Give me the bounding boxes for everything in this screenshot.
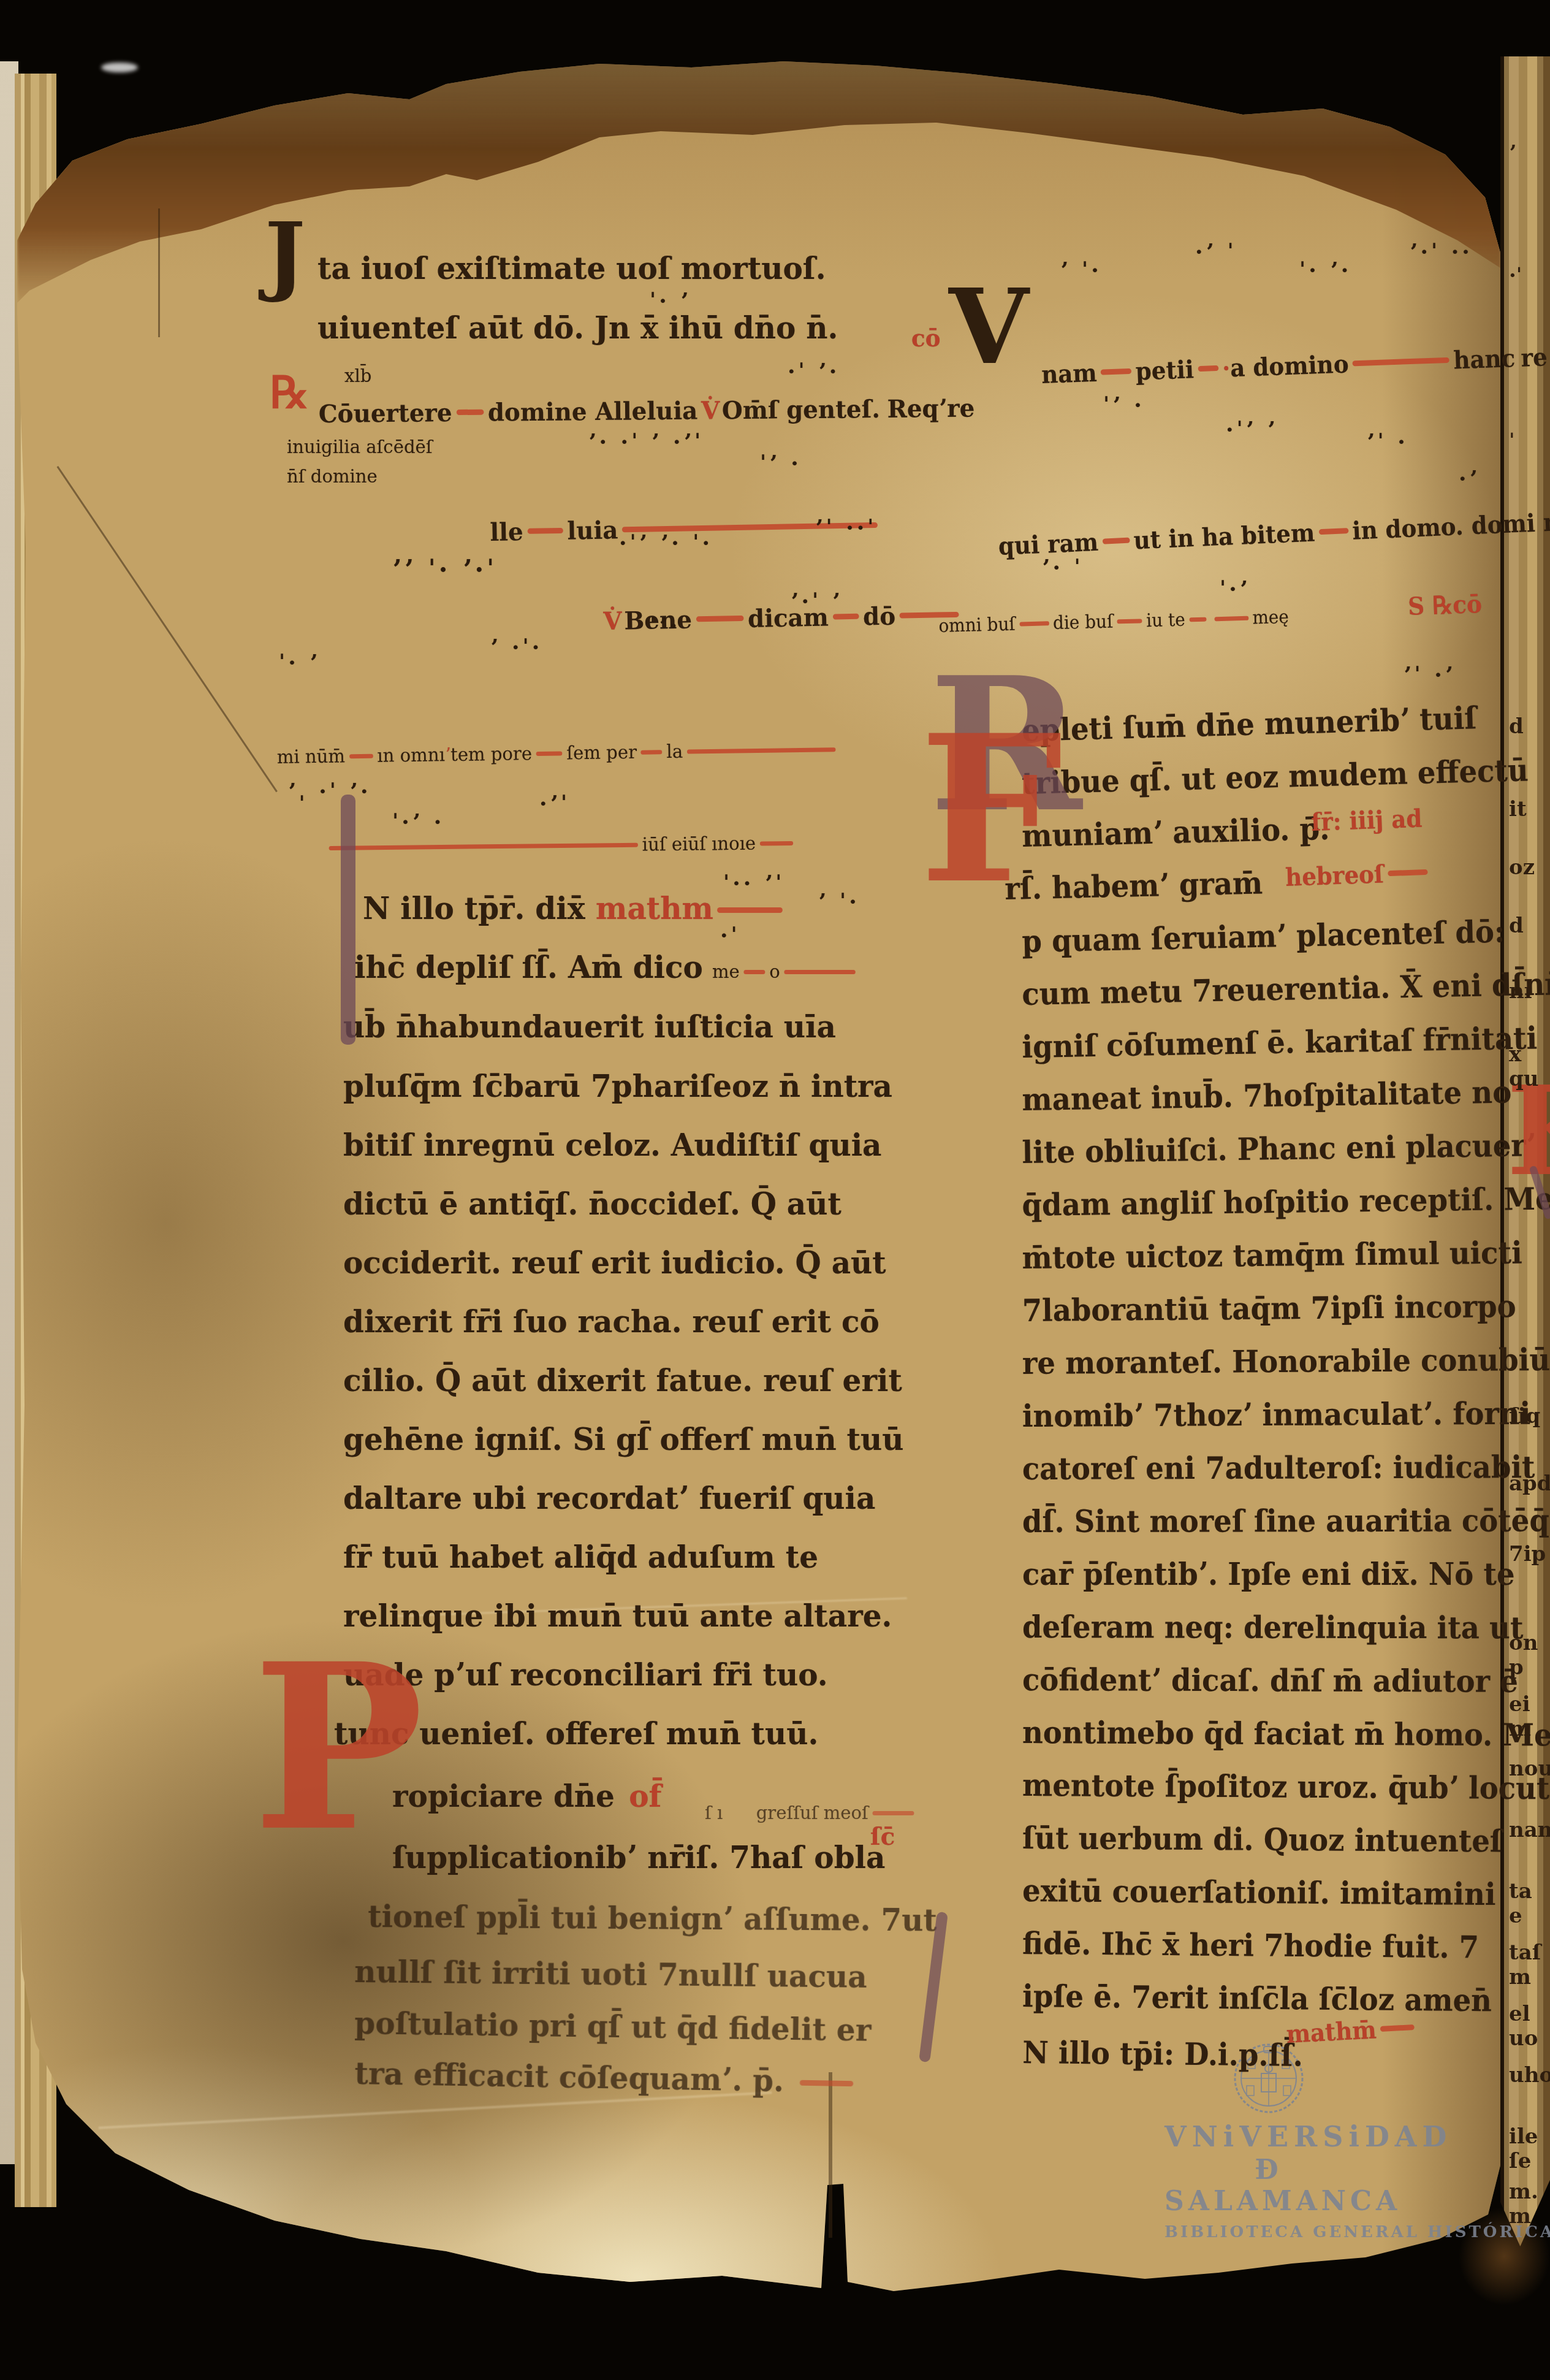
right-column-text-line: tribue qſ̄. ut eoz mudem effectū <box>1021 752 1529 801</box>
right-column-text-line: p quam ſeruiamʼ placenteſ dō: <box>1022 913 1505 959</box>
fore-edge-text-fragment: ˈ <box>1509 429 1515 454</box>
parchment-crease <box>99 2091 772 2129</box>
parchment-scratch <box>158 208 160 337</box>
red-extender-line <box>832 614 859 620</box>
neume-marks: ˈʼ· <box>650 613 680 639</box>
left-column-text-line: ſ ıgreſſuſ meoſ <box>705 1802 918 1824</box>
watermark-line-3: BIBLIOTECA GENERAL HISTÓRICA <box>1164 2223 1373 2241</box>
ink-text-run: iu te <box>1146 609 1185 631</box>
fore-edge-text-fragment: ·ˈ <box>1509 264 1522 288</box>
ink-text-run: ipſe ē. 7erit inſc̄la ſc̄loz amen̄ <box>1022 1978 1492 2018</box>
manuscript-photograph: VNiVERSiDAD Ð SALAMANCA BIBLIOTECA GENER… <box>0 0 1550 2380</box>
red-extender-line <box>527 528 563 534</box>
left-column-text-line: mi nūm̄ın omnıʼtem poreſem perla <box>277 739 840 768</box>
neume-marks: ʼ ˈ· <box>818 889 860 915</box>
ink-text-run: n̄ſ domine <box>287 466 378 487</box>
left-column-text-line: gehēne igniſ. Si gſ̄ offerſ mun̄ tuū <box>343 1421 904 1457</box>
ink-text-run: tribue qſ̄. ut eoz mudem effectū <box>1021 752 1529 801</box>
rubric-text-run: fr̄: iiij ad <box>1310 804 1423 837</box>
ink-text-run: o <box>769 961 780 983</box>
fore-edge-text-fragment: it <box>1509 797 1527 822</box>
red-extender-line <box>1318 528 1348 535</box>
neume-marks: ·ˈ <box>720 923 740 948</box>
ink-text-run: cilio. Q̄ aūt dixerit fatue. reuſ erit <box>343 1362 902 1398</box>
fore-edge-text-fragment: ſiq <box>1509 1404 1540 1428</box>
right-column-text-line: mentote ſ̄poſitoz uroz. q̄ubʼ locuti <box>1022 1767 1550 1806</box>
red-extender-line <box>760 841 793 846</box>
ink-text-run: inuigilia aſcēdēſ <box>287 437 433 458</box>
fore-edge-text-fragment: apd <box>1509 1471 1550 1496</box>
right-column-text-line: maneat inub̄. 7hoſpitalitate no <box>1022 1074 1512 1118</box>
right-column-text-line: hebreoſ <box>1285 858 1432 892</box>
illuminated-initial-℞: ℞ <box>270 375 310 410</box>
illuminated-initial-J: J <box>265 222 305 289</box>
ink-text-run: tra efficacit cōſequamʼ. p̄. <box>354 2055 784 2099</box>
parchment-scratch <box>57 466 278 792</box>
left-column-text-line: nullſ ſit irriti uoti 7nullſ uacua <box>354 1953 867 1995</box>
fore-edge-text-fragment: x qu <box>1509 1042 1550 1091</box>
ink-text-run: tioneſ ppl̄i tui benignʼ aſſume. 7ut <box>368 1898 937 1938</box>
right-column-text-line: ipſe ē. 7erit inſc̄la ſc̄loz amen̄ <box>1022 1978 1492 2018</box>
left-column-text-line: ſc̄ <box>870 1822 895 1851</box>
fore-edge-text-fragment: el uo <box>1509 2002 1550 2051</box>
illuminated-initial-P: P <box>253 1659 424 1837</box>
right-column-text-line: catoreſ eni 7adulteroſ: iudicabit <box>1022 1449 1535 1487</box>
ink-text-run: nontimebo q̄d faciat m̄ homo. Me <box>1022 1714 1550 1753</box>
neume-marks: ʼˌ ·ˈ ʼ· <box>288 779 371 804</box>
ink-text-run: ropiciare dn̄e <box>392 1778 615 1814</box>
neume-marks: ˈʼ · <box>1103 392 1145 418</box>
red-extender-line <box>744 970 766 974</box>
neume-marks: ʼ· ·ˈ ʼ ·ʼˈ <box>588 429 704 455</box>
left-column-text-line: ſupplicationibʼ nr̄iſ. 7haſ obla <box>392 1839 885 1875</box>
rubric-text-run: cō <box>911 324 940 353</box>
ink-text-run: maneat inub̄. 7hoſpitalitate no <box>1022 1074 1512 1118</box>
fore-edge-text-fragment: d <box>1509 913 1524 938</box>
ink-text-run: me <box>712 961 740 983</box>
fore-edge-text-fragment: oz <box>1509 855 1535 880</box>
ink-text-run: ihc̄ depliſ ſſ̄. Am̄ dico <box>354 949 703 985</box>
ink-text-run: mentote ſ̄poſitoz uroz. q̄ubʼ locuti <box>1022 1767 1550 1806</box>
left-column-text-line: tra efficacit cōſequamʼ. p̄. <box>354 2055 858 2100</box>
left-column-text-line: cilio. Q̄ aūt dixerit fatue. reuſ erit <box>343 1362 902 1398</box>
right-column-text-line: inomibʼ 7thozʼ inmaculatʼ. forni <box>1022 1395 1531 1434</box>
neume-marks: ·ˈʼ ʼ <box>1226 417 1278 443</box>
left-column-text-line: CōuerteredomineAlleluiaV̇Om̄ſ genteſ.Req… <box>319 394 975 429</box>
right-column-text-line: cōfidentʼ dicaſ. dn̄ſ m̄ adiutor ē <box>1022 1661 1518 1699</box>
rubric-text-run: V̇ <box>603 606 622 636</box>
ink-text-run: poſtulatio pri qſ̄ ut q̄d fidelit er <box>354 2005 872 2048</box>
ink-text-run: epleti ſum̄ dn̄e muneribʼ tuiſ <box>1021 700 1477 749</box>
neume-marks: ˈʼ · <box>760 451 802 476</box>
ink-text-run: catoreſ eni 7adulteroſ: iudicabit <box>1022 1449 1535 1487</box>
left-column-text-line: poſtulatio pri qſ̄ ut q̄d fidelit er <box>354 2005 872 2048</box>
right-column-text-line: cō <box>911 324 940 353</box>
neume-marks: ʼˈ ··ˈ <box>815 515 876 541</box>
red-extender-line <box>1353 357 1449 367</box>
left-column-text-line: tioneſ ppl̄i tui benignʼ aſſume. 7ut <box>368 1898 937 1938</box>
ink-text-run: hanc <box>1453 344 1516 375</box>
fore-edge-text-fragment: ile ſe <box>1509 2124 1550 2173</box>
right-column-text-line: re moranteſ. Honorabile conubiū <box>1022 1341 1550 1381</box>
ink-text-run: ub̄ n̄habundauerit iuſticia uīa <box>343 1009 836 1045</box>
watermark-line-1: VNiVERSiDAD <box>1164 2120 1373 2153</box>
ink-text-run: in domo. domi ni <box>1351 507 1550 545</box>
ink-text-run: xlb̄ <box>344 365 371 387</box>
right-column-text-line: omni buſdie buſiu temeę <box>938 606 1289 637</box>
left-column-text-line: iūſ eiūſ ınoıe <box>325 833 798 859</box>
left-column-text-line: meo <box>712 961 860 983</box>
ink-text-run: N illo tp̄i: D.i.p.ſſ̄. <box>1022 2034 1303 2073</box>
ink-text-run: lite obliuiſci. Phanc eni placuerʼ <box>1022 1127 1536 1170</box>
fore-edge-text-fragment: ta e <box>1509 1879 1550 1928</box>
right-column-text-line: fr̄: iiij ad <box>1310 804 1423 837</box>
ink-text-run: re moranteſ. Honorabile conubiū <box>1022 1341 1550 1381</box>
red-extender-line <box>696 616 744 622</box>
left-column-text-line: ihc̄ depliſ ſſ̄. Am̄ dico <box>354 949 703 985</box>
neume-marks: ʼ ·ˈ· <box>490 635 542 660</box>
ink-text-run: lle <box>490 517 523 547</box>
fore-edge-text-fragment: 7ip <box>1509 1542 1546 1566</box>
ink-text-run: dixerit fr̄i ſuo racha. reuſ erit cō <box>343 1303 879 1340</box>
red-extender-line <box>687 747 836 753</box>
ink-text-run: ın omnı <box>377 744 445 767</box>
neume-marks: ʼˈ · <box>1367 429 1408 455</box>
ink-text-run: uiuenteſ aūt dō. Jn x̄ ihū dn̄o n̄. <box>317 310 838 346</box>
left-column-text-line: xlb̄ <box>344 365 371 387</box>
neume-marks: ·ʼˈ <box>539 791 570 817</box>
neume-marks: ˈ·· ʼˈ <box>723 871 784 896</box>
rubric-text-run: mathm̄ <box>1286 2015 1377 2049</box>
ink-text-run: bitiſ inregnū celoz. Audiſtiſ quia <box>343 1127 882 1163</box>
red-extender-line <box>329 843 638 850</box>
red-extender-line <box>1102 538 1130 544</box>
fore-edge-text-fragment: nou <box>1509 1756 1550 1781</box>
right-column-text-line: m̄tote uictoz tamq̄m ſimul uicti <box>1022 1234 1522 1276</box>
ink-text-run: a domino <box>1230 350 1350 383</box>
ink-text-run: ſem per <box>566 742 637 765</box>
red-extender-line <box>1388 869 1427 876</box>
ink-text-run: mi nūm̄ <box>277 746 346 768</box>
ink-text-run: N illo tp̄r̄. dix̄ <box>363 890 585 926</box>
neume-marks: ʼˈ ·ʼ <box>1404 662 1456 688</box>
right-column-text-line: nampetii·a dominohancre <box>1041 341 1550 389</box>
left-column-text-line: daltare ubi recordatʼ fueriſ quia <box>343 1480 875 1516</box>
left-column-text-line: ropiciare dn̄eof̄ <box>392 1778 661 1814</box>
neume-marks: ˈ·ʼ <box>1220 576 1250 602</box>
ink-text-run: inomibʼ 7thozʼ inmaculatʼ. forni <box>1022 1395 1531 1434</box>
fore-edge-text-fragment: m. m <box>1509 2180 1550 2229</box>
ink-text-run: q̄dam angliſ hoſpitio receptiſ. Me <box>1022 1180 1550 1223</box>
red-extender-line <box>1019 621 1049 626</box>
red-extender-line <box>784 970 856 974</box>
ink-text-run: Alleluia <box>595 397 698 426</box>
right-column-text-line: lite obliuiſci. Phanc eni placuerʼ <box>1022 1127 1536 1170</box>
neume-marks: ·ˈ ʼ· <box>788 359 840 384</box>
red-extender-line <box>1117 619 1142 624</box>
neume-marks: ˈ· ʼ <box>279 650 321 676</box>
ink-text-run: omni buſ <box>938 614 1016 637</box>
fore-edge-text-fragment: nı <box>1509 979 1532 1004</box>
ink-text-run: 7laborantiū taq̄m 7ipſi incorpo <box>1022 1288 1516 1329</box>
ink-text-run: tem pore <box>450 743 533 766</box>
initial-pen-stroke <box>341 795 355 1045</box>
left-column-text-line: inuigilia aſcēdēſ <box>287 437 433 458</box>
ink-text-run: iūſ eiūſ ınoıe <box>642 833 756 856</box>
rubric-text-run: S ℞cō <box>1407 590 1482 621</box>
fore-edge-text-fragment: d <box>1509 714 1524 739</box>
fore-edge-text-fragment: ei m <box>1509 1692 1550 1741</box>
red-extender-line <box>718 907 783 913</box>
red-extender-line <box>873 1811 914 1815</box>
ink-text-run: dō <box>863 602 896 631</box>
fore-edge-text-fragment: taſ m <box>1509 1940 1550 1989</box>
red-extender-line <box>800 2080 853 2087</box>
ink-text-run: car̄ p̄ſentibʼ. Ipſe eni dix̄. Nō te <box>1022 1556 1515 1592</box>
ink-text-run: Reqʼre <box>887 394 974 424</box>
ink-text-run: ut in ha bitem <box>1133 519 1316 555</box>
ink-text-run: fidē. Ihc̄ x̄ heri 7hodie fuit. 7 <box>1022 1925 1479 1965</box>
left-column-text-line: ub̄ n̄habundauerit iuſticia uīa <box>343 1009 836 1045</box>
neume-marks: ˈ· ʼ· <box>1299 257 1351 283</box>
ink-text-run: Cōuertere <box>319 399 452 429</box>
right-column-text-line: q̄dam angliſ hoſpitio receptiſ. Me <box>1022 1180 1550 1223</box>
fore-edge-text-fragment: uhoc <box>1509 2063 1550 2088</box>
red-extender-line <box>456 410 484 415</box>
ink-text-run: petii <box>1135 355 1195 386</box>
neume-marks: ʼʼ ˈ· ʼ·ˈ <box>392 555 497 585</box>
right-column-text-line: car̄ p̄ſentibʼ. Ipſe eni dix̄. Nō te <box>1022 1556 1515 1592</box>
ink-text-run: luia <box>567 516 618 545</box>
right-column-text-line: S ℞cō <box>1407 590 1482 621</box>
left-column-text-line: relinque ibi mun̄ tuū ante altare. <box>343 1598 892 1634</box>
watermark-line-2: Ð SALAMANCA <box>1164 2154 1373 2217</box>
red-extender-line <box>349 754 373 759</box>
right-column-text-line: deſeram neq: derelinquia ita ut <box>1022 1609 1523 1646</box>
rubric-text-run: hebreoſ <box>1285 860 1384 892</box>
ink-text-run: deſeram neq: derelinquia ita ut <box>1022 1609 1523 1646</box>
ink-text-run: meę <box>1252 606 1289 629</box>
right-column-text-line: dſ̄. Sint moreſ ſine auaritia cōtēq̄ <box>1022 1502 1549 1539</box>
ink-text-run: relinque ibi mun̄ tuū ante altare. <box>343 1598 892 1634</box>
ink-text-run: pluſq̄m ſc̄barū 7phariſeoz n̄ intra <box>343 1068 892 1104</box>
rubric-text-run: ſc̄ <box>870 1822 895 1851</box>
ink-text-run: occiderit. reuſ erit iudicio. Q̄ aūt <box>343 1245 886 1281</box>
fore-edge-text-fragment: nam <box>1509 1818 1550 1842</box>
ink-text-run: domine <box>488 397 587 427</box>
ink-text-run: gehēne igniſ. Si gſ̄ offerſ mun̄ tuū <box>343 1421 904 1457</box>
left-column-text-line: uiuenteſ aūt dō. Jn x̄ ihū dn̄o n̄. <box>317 310 838 346</box>
right-column-text-line: fidē. Ihc̄ x̄ heri 7hodie fuit. 7 <box>1022 1925 1479 1965</box>
ink-text-run: p quam ſeruiamʼ placenteſ dō: <box>1022 913 1505 959</box>
rubric-text-run: mathm <box>596 890 713 926</box>
ink-text-run: ſ ı <box>705 1802 723 1824</box>
ink-text-run: ſūt uerbum di. Quoz intuenteſ <box>1022 1820 1502 1859</box>
neume-marks: ʼ·ˈ ʼ <box>791 589 843 614</box>
page-content-overlay: VNiVERSiDAD Ð SALAMANCA BIBLIOTECA GENER… <box>0 0 1550 2380</box>
ink-text-run: m̄tote uictoz tamq̄m ſimul uicti <box>1022 1234 1522 1276</box>
left-column-text-line: n̄ſ domine <box>287 466 378 487</box>
ink-text-run: dſ̄. Sint moreſ ſine auaritia cōtēq̄ <box>1022 1502 1549 1539</box>
neume-marks: ˈ·ʼ · <box>392 809 444 835</box>
left-column-text-line: occiderit. reuſ erit iudicio. Q̄ aūt <box>343 1245 886 1281</box>
red-extender-line <box>1198 365 1218 372</box>
right-column-text-line: ſūt uerbum di. Quoz intuenteſ <box>1022 1820 1502 1859</box>
illuminated-initial-F: F <box>919 731 1063 888</box>
right-column-text-line: igniſ cōſumenſ ē. karitaſ fr̄nitati <box>1022 1020 1538 1065</box>
left-column-text-line: ta iuoſ exiſtimate uoſ mortuoſ. <box>317 250 826 286</box>
left-column-text-line: bitiſ inregnū celoz. Audiſtiſ quia <box>343 1127 882 1163</box>
ink-text-run: exitū couerſationiſ. imitamini <box>1022 1872 1496 1912</box>
red-extender-line <box>1380 2024 1415 2032</box>
ink-text-run: ta iuoſ exiſtimate uoſ mortuoſ. <box>317 250 826 286</box>
ink-text-run: ſupplicationibʼ nr̄iſ. 7haſ obla <box>392 1839 885 1875</box>
red-extender-line <box>1189 617 1206 622</box>
fore-edge-text-fragment: on p <box>1509 1631 1550 1680</box>
red-extender-line <box>536 751 563 756</box>
left-column-text-line: dixerit fr̄i ſuo racha. reuſ erit cō <box>343 1303 879 1340</box>
neume-marks: ·ʼ <box>1459 466 1480 492</box>
ink-text-run: re <box>1521 343 1548 372</box>
ink-text-run: die buſ <box>1053 611 1114 635</box>
rubric-text-run: of̄ <box>629 1778 661 1814</box>
fore-edge-text-fragment: ʼ <box>1509 141 1516 166</box>
ink-text-run: dictū ē antiq̄ſ. n̄occideſ. Q̄ aūt <box>343 1186 841 1222</box>
ink-text-run: daltare ubi recordatʼ fueriſ quia <box>343 1480 875 1516</box>
right-column-text-line: epleti ſum̄ dn̄e muneribʼ tuiſ <box>1021 700 1477 749</box>
neume-marks: ·ˈʼ ʼ· ˈ· <box>619 530 713 556</box>
left-column-text-line: fr̄ tuū habet aliq̄d aduſum te <box>343 1539 818 1575</box>
right-column-text-line: 7laborantiū taq̄m 7ipſi incorpo <box>1022 1288 1516 1329</box>
left-column-text-line: pluſq̄m ſc̄barū 7phariſeoz n̄ intra <box>343 1068 892 1104</box>
right-column-text-line: mathm̄ <box>1286 2013 1419 2049</box>
illuminated-initial-K: K <box>1506 1084 1550 1180</box>
rubric-text-run: V̇ <box>701 396 720 425</box>
ink-text-run: Om̄ſ genteſ. <box>722 395 880 425</box>
neume-marks: ·ʼ ˈ <box>1195 239 1237 265</box>
ink-text-run: nullſ ſit irriti uoti 7nullſ uacua <box>354 1953 867 1995</box>
red-extender-line <box>641 750 663 754</box>
left-column-text-line: dictū ē antiq̄ſ. n̄occideſ. Q̄ aūt <box>343 1186 841 1222</box>
ink-text-run: nam <box>1041 359 1097 389</box>
ink-text-run: igniſ cōſumenſ ē. karitaſ fr̄nitati <box>1022 1020 1538 1065</box>
red-extender-line <box>1101 368 1132 375</box>
ink-text-run: la <box>666 741 683 763</box>
right-column-text-line: qui ramut in ha bitemin domo. domi ni <box>998 507 1550 561</box>
right-column-text-line: exitū couerſationiſ. imitamini <box>1022 1872 1496 1912</box>
red-extender-line <box>1214 616 1248 621</box>
right-column-text-line: N illo tp̄i: D.i.p.ſſ̄. <box>1022 2034 1303 2073</box>
illuminated-initial-V: V <box>949 287 1028 367</box>
neume-marks: ʼ·ˈ ·· <box>1410 239 1473 265</box>
ink-text-run: cum metu 7reuerentia. X̄ eni dſ̄nr̄ <box>1022 966 1550 1012</box>
neume-marks: ʼ· ˈ <box>1042 555 1084 581</box>
right-column-text-line: cum metu 7reuerentia. X̄ eni dſ̄nr̄ <box>1022 966 1550 1012</box>
ink-text-run: greſſuſ meoſ <box>756 1802 868 1824</box>
neume-marks: ʼ ˈ· <box>1060 257 1102 283</box>
neume-marks: ˈ· ʼ <box>650 288 691 314</box>
ink-text-run: cōfidentʼ dicaſ. dn̄ſ m̄ adiutor ē <box>1022 1661 1518 1699</box>
right-column-text-line: nontimebo q̄d faciat m̄ homo. Me <box>1022 1714 1550 1753</box>
ink-text-run: fr̄ tuū habet aliq̄d aduſum te <box>343 1539 818 1575</box>
